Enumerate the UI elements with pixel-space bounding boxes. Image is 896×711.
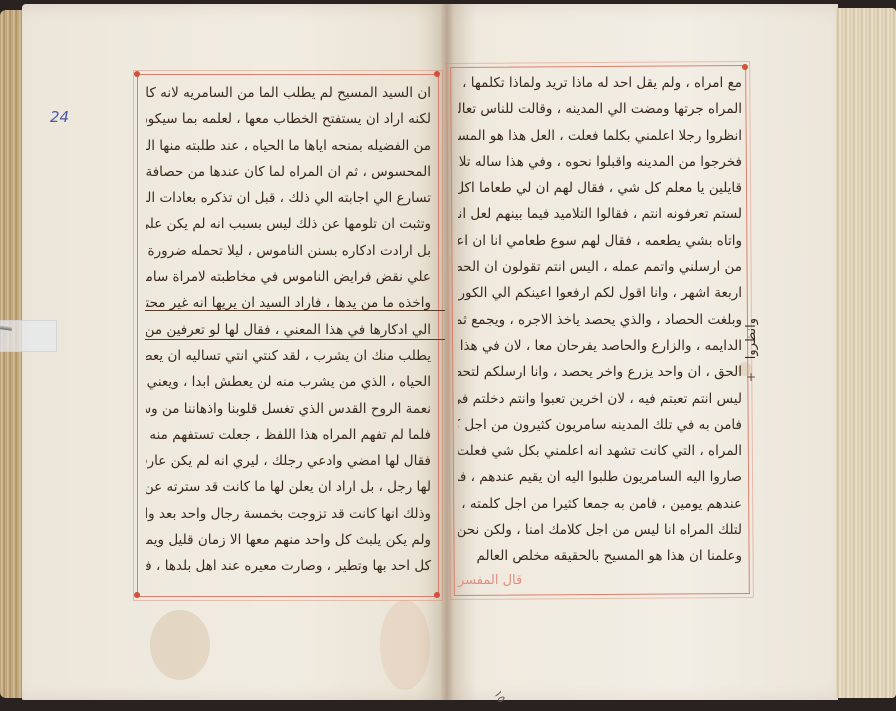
frame-corner-ornament: [134, 592, 140, 598]
text-line: وتثبت ان تلومها عن ذلك ليس بسبب انه لم ي…: [146, 211, 431, 237]
frame-corner-ornament: [434, 592, 440, 598]
text-line: لتلك المراه انا ليس من اجل كلامك امنا ، …: [458, 517, 742, 543]
frame-corner-ornament: [434, 71, 440, 77]
text-line: لها رجل ، بل اراد ان يعلن لها ما كانت قد…: [146, 474, 431, 500]
frame-corner-ornament: [742, 64, 748, 70]
text-line: نعمة الروح القدس الذي تغسل قلوبنا واذهان…: [146, 396, 431, 422]
text-line: الدايمه ، والزارع والحاصد يفرحان معا ، ل…: [458, 333, 742, 359]
paper-stain: [150, 610, 210, 680]
text-line: المحسوس ، ثم ان المراه لما كان عندها من …: [146, 159, 431, 185]
paper-stain: [380, 600, 430, 690]
text-line: فخرجوا من المدينه واقبلوا نحوه ، وفي هذا…: [458, 149, 742, 175]
right-page-text: مع امراه ، ولم يقل احد له ماذا تريد ولما…: [458, 70, 742, 570]
text-line: عندهم يومين ، فامن به جمعا كثيرا من اجل …: [458, 491, 742, 517]
text-line: وعلمنا ان هذا هو المسيح بالحقيقه مخلص ال…: [458, 543, 742, 569]
text-line: فلما لم تفهم المراه هذا اللفظ ، جعلت تست…: [146, 422, 431, 448]
text-line: علي نقض فرايض الناموس في مخاطبته لامراة …: [146, 264, 431, 290]
table-surface: [0, 700, 896, 711]
folio-number: 24: [50, 108, 69, 126]
rubric-catchword: قال المفسر: [458, 573, 522, 588]
text-line: صاروا اليه السامريون طلبوا اليه ان يقيم …: [458, 464, 742, 490]
margin-annotation: وانظروا: [744, 318, 759, 359]
text-line: اربعة اشهر ، وانا اقول لكم ارفعوا اعينكم…: [458, 280, 742, 306]
text-line: لستم تعرفونه انتم ، فقالوا التلاميد فيما…: [458, 201, 742, 227]
text-line: ولم يكن يلبث كل واحد منهم معها الا زمان …: [146, 527, 431, 553]
text-line: وبلغت الحصاد ، والذي يحصد ياخذ الاجره ، …: [458, 307, 742, 333]
frame-corner-ornament: [134, 71, 140, 77]
text-line: الحق ، ان واحد يزرع واخر يحصد ، وانا ارس…: [458, 359, 742, 385]
text-line: مع امراه ، ولم يقل احد له ماذا تريد ولما…: [458, 70, 742, 96]
right-page-edges: [836, 8, 896, 698]
text-line: واتاه بشي يطعمه ، فقال لهم سوع طعامي انا…: [458, 228, 742, 254]
manuscript-photo: 24 ان السيد المسيح لم يطلب الما من السام…: [0, 0, 896, 711]
text-line: الحياه ، الذي من يشرب منه لن يعطش ابدا ،…: [146, 369, 431, 395]
text-line: الي ادكارها في هذا المعني ، فقال لها لو …: [146, 317, 431, 343]
text-line: المراه جرتها ومضت الي المدينه ، وقالت لل…: [458, 96, 742, 122]
text-line: بل ارادت ادكاره بسنن الناموس ، ليلا تحمل…: [146, 238, 431, 264]
text-line: قايلين يا معلم كل شي ، فقال لهم ان لي طع…: [458, 175, 742, 201]
text-line: يطلب منك ان يشرب ، لقد كنتي انتي تساليه …: [146, 343, 431, 369]
text-line: كل احد بها وتطير ، وصارت معيره عند اهل ب…: [146, 553, 431, 579]
text-line: ليس انتم تعبتم فيه ، لان اخرين تعبوا وان…: [458, 386, 742, 412]
text-line: فقال لها امضي وادعي رجلك ، ليري انه لم ي…: [146, 448, 431, 474]
text-line: انظروا رجلا اعلمني بكلما فعلت ، العل هذا…: [458, 123, 742, 149]
text-line: من الفضيله بمنحه اياها ما الحياه ، عند ط…: [146, 133, 431, 159]
text-line: المراه ، التي كانت تشهد انه اعلمني بكل ش…: [458, 438, 742, 464]
text-line: من ارسلني واتمم عمله ، اليس انتم تقولون …: [458, 254, 742, 280]
text-line: وذلك انها كانت قد تزوجت بخمسة رجال واحد …: [146, 501, 431, 527]
text-line: فامن به في تلك المدينه سامريون كثيرون من…: [458, 412, 742, 438]
text-line: واخذه ما من يدها ، فاراد السيد ان يريها …: [146, 290, 431, 316]
margin-mark: +: [746, 370, 756, 384]
left-page-text: ان السيد المسيح لم يطلب الما من السامريه…: [146, 80, 431, 580]
text-line: ان السيد المسيح لم يطلب الما من السامريه…: [146, 80, 431, 106]
text-line: تسارع الي اجابته الي ذلك ، قبل ان تذكره …: [146, 185, 431, 211]
text-line: لكنه اراد ان يستفتح الخطاب معها ، لعلمه …: [146, 106, 431, 132]
